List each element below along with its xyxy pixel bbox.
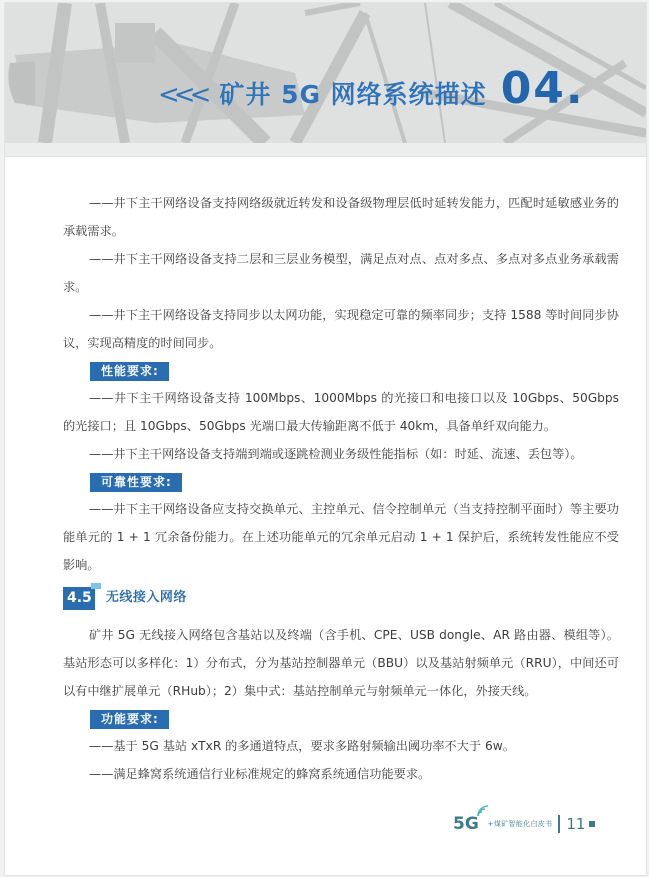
document-page: <<< 矿井 5G 网络系统描述 04. ——井下主干网络设备支持网络级就近转发…: [4, 2, 647, 876]
footer-subtitle: +煤矿智能化白皮书: [488, 819, 553, 829]
section-title: 无线接入网络: [106, 584, 187, 612]
signal-wave-icon: [477, 805, 489, 817]
page-footer: 5G +煤矿智能化白皮书 11: [453, 811, 595, 837]
paragraph: ——井下主干网络设备支持端到端或逐跳检测业务级性能指标（如：时延、流速、丢包等）…: [63, 440, 619, 468]
footer-brand-text: 5G: [453, 814, 479, 834]
paragraph: ——井下主干网络设备支持网络级就近转发和设备级物理层低时延转发能力，匹配时延敏感…: [63, 189, 619, 245]
footer-divider: [558, 815, 560, 833]
triple-chevron-left-icon: <<<: [158, 80, 205, 110]
reliability-requirements-label: 可靠性要求:: [90, 473, 182, 492]
paragraph: ——基于 5G 基站 xTxR 的多通道特点，要求多路射频输出阈功率不大于 6w…: [63, 732, 619, 760]
performance-requirements-label: 性能要求:: [90, 362, 169, 381]
chapter-title: <<< 矿井 5G 网络系统描述 04.: [158, 63, 585, 103]
chapter-title-text: 矿井 5G 网络系统描述: [219, 75, 486, 111]
chapter-number: 04.: [501, 63, 585, 114]
footer-brand: 5G: [453, 814, 479, 834]
paragraph: ——井下主干网络设备支持同步以太网功能，实现稳定可靠的频率同步；支持 1588 …: [63, 301, 619, 357]
square-bullet-icon: [589, 821, 595, 827]
paragraph: ——满足蜂窝系统通信行业标准规定的蜂窝系统通信功能要求。: [63, 760, 619, 788]
page-number: 11: [566, 815, 585, 833]
paragraph: 矿井 5G 无线接入网络包含基站以及终端（含手机、CPE、USB dongle、…: [63, 621, 619, 705]
paragraph: ——井下主干网络设备支持二层和三层业务模型，满足点对点、点对多点、多点对多点业务…: [63, 245, 619, 301]
page-content: ——井下主干网络设备支持网络级就近转发和设备级物理层低时延转发能力，匹配时延敏感…: [63, 189, 619, 788]
performance-label-row: 性能要求:: [63, 357, 619, 384]
function-label-row: 功能要求:: [63, 705, 619, 732]
paragraph: ——井下主干网络设备支持 100Mbps、1000Mbps 的光接口和电接口以及…: [63, 384, 619, 440]
paragraph: ——井下主干网络设备应支持交换单元、主控单元、信令控制单元（当支持控制平面时）等…: [63, 495, 619, 579]
section-heading-4-5: 4.5 无线接入网络: [63, 584, 619, 612]
reliability-label-row: 可靠性要求:: [63, 468, 619, 495]
banner-divider: [5, 143, 646, 157]
section-number-badge: 4.5: [63, 587, 95, 610]
chapter-banner: <<< 矿井 5G 网络系统描述 04.: [5, 3, 646, 143]
function-requirements-label: 功能要求:: [90, 710, 169, 729]
